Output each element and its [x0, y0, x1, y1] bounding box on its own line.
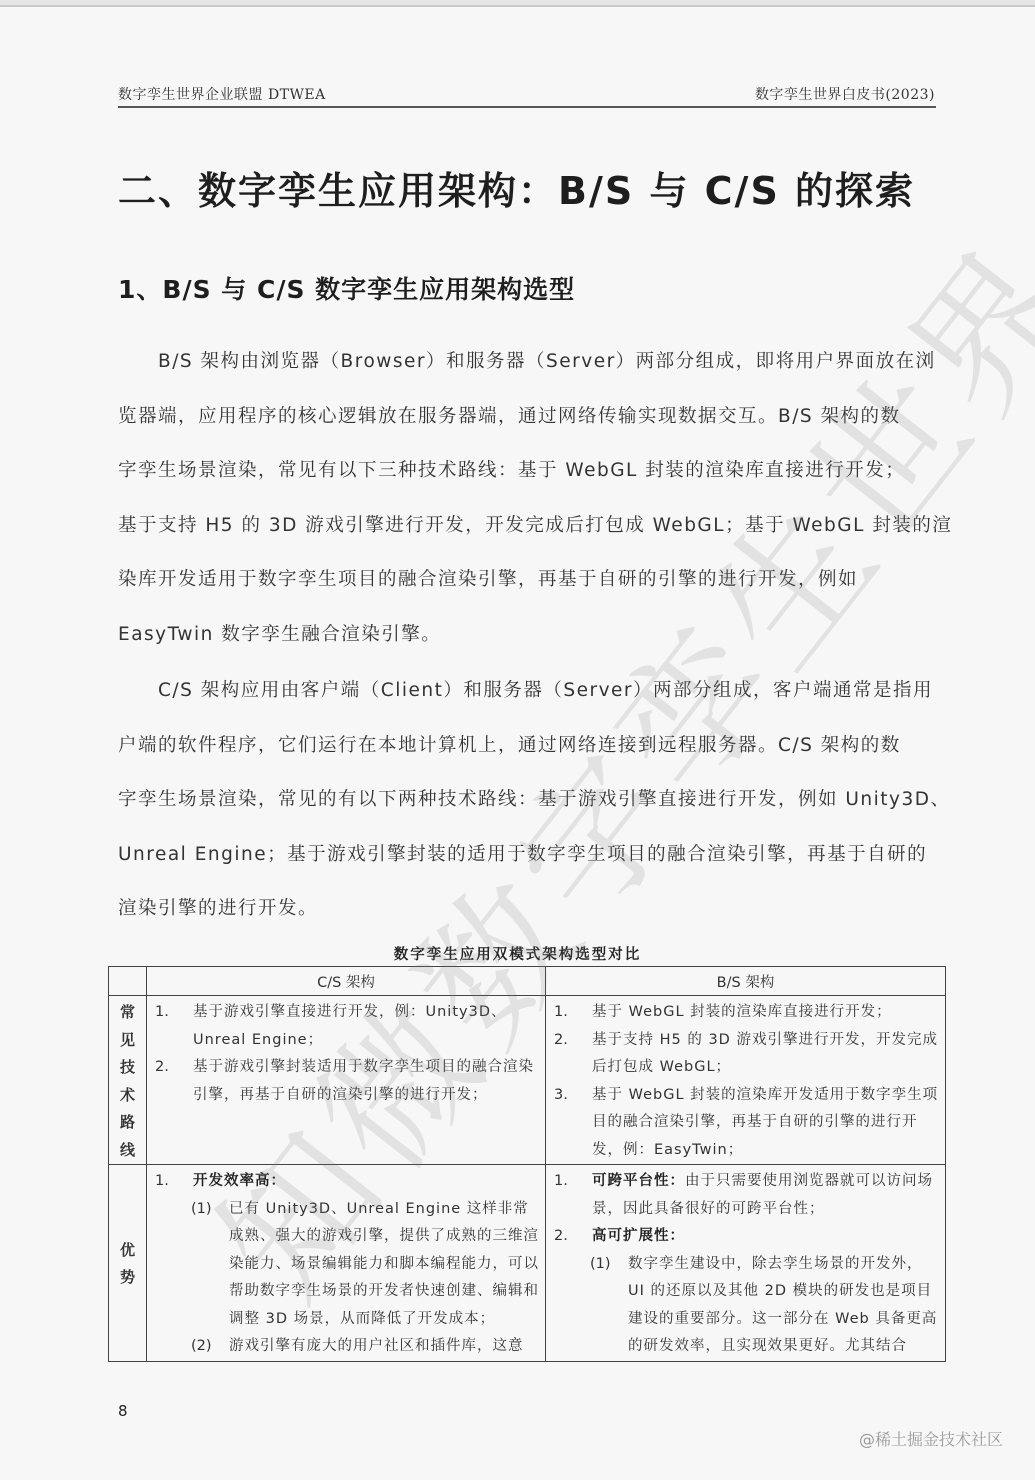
list-item: 1. 基于 WebGL 封装的渲染库直接进行开发； — [554, 999, 939, 1027]
item-number: 1. — [155, 1168, 193, 1196]
item-number: 1. — [554, 1168, 592, 1223]
item-text: 基于 WebGL 封装的渲染库直接进行开发； — [592, 999, 939, 1027]
text-line: 字孪生场景渲染，常见的有以下两种技术路线：基于游戏引擎直接进行开发，例如 Uni… — [118, 773, 938, 828]
row-label-text: 常见技术路线 — [120, 999, 136, 1164]
item-text: 基于支持 H5 的 3D 游戏引擎进行开发，开发完成后打包成 WebGL； — [592, 1027, 939, 1082]
sub-item: (2) 游戏引擎有庞大的用户社区和插件库，这意 — [155, 1333, 539, 1361]
sub-item-number: (1) — [191, 1196, 229, 1334]
header-rule — [118, 106, 936, 108]
source-credit: @稀土掘金技术社区 — [859, 1427, 1003, 1450]
item-title: 开发效率高： — [193, 1168, 539, 1196]
text-line: 览器端，应用程序的核心逻辑放在服务器端，通过网络传输实现数据交互。B/S 架构的… — [118, 390, 938, 445]
list-item: 1. 基于游戏引擎直接进行开发，例：Unity3D、Unreal Engine； — [155, 999, 539, 1054]
item-number: 1. — [554, 999, 592, 1027]
sub-item-text: 游戏引擎有庞大的用户社区和插件库，这意 — [229, 1333, 539, 1361]
list-item: 1. 开发效率高： — [155, 1168, 539, 1196]
row-label-routes: 常见技术路线 — [109, 996, 147, 1165]
sub-item: (1) 数字孪生建设中，除去孪生场景的开发外，UI 的还原以及其他 2D 模块的… — [554, 1251, 939, 1361]
cs-advantages-cell: 1. 开发效率高： (1) 已有 Unity3D、Unreal Engine 这… — [147, 1165, 546, 1362]
table-row-advantages: 优势 1. 开发效率高： (1) 已有 Unity3D、Unreal Engin… — [109, 1165, 946, 1362]
bs-advantages-cell: 1. 可跨平台性：由于只需要使用浏览器就可以访问场景，因此具备很好的可跨平台性；… — [546, 1165, 946, 1362]
item-number: 3. — [554, 1082, 592, 1165]
item-text: 基于游戏引擎封装适用于数字孪生项目的融合渲染引擎，再基于自研的渲染引擎的进行开发… — [193, 1054, 539, 1109]
text-line: 户端的软件程序，它们运行在本地计算机上，通过网络连接到远程服务器。C/S 架构的… — [118, 719, 938, 774]
running-header-left: 数字孪生世界企业联盟 DTWEA — [118, 84, 326, 104]
text-line: 字孪生场景渲染，常见有以下三种技术路线：基于 WebGL 封装的渲染库直接进行开… — [118, 444, 938, 499]
item-text: 基于游戏引擎直接进行开发，例：Unity3D、Unreal Engine； — [193, 999, 539, 1054]
column-header-cs: C/S 架构 — [147, 967, 546, 996]
comparison-table: C/S 架构 B/S 架构 常见技术路线 1. 基于游戏引擎直接进行开发，例：U… — [108, 966, 946, 1362]
cs-routes-cell: 1. 基于游戏引擎直接进行开发，例：Unity3D、Unreal Engine；… — [147, 996, 546, 1165]
chapter-title: 二、数字孪生应用架构：B/S 与 C/S 的探索 — [118, 160, 915, 215]
item-number: 1. — [155, 999, 193, 1054]
list-item: 3. 基于 WebGL 封装的渲染库开发适用于数字孪生项目的融合渲染引擎，再基于… — [554, 1082, 939, 1165]
text-line: B/S 架构由浏览器（Browser）和服务器（Server）两部分组成，即将用… — [118, 335, 938, 390]
column-header-bs: B/S 架构 — [546, 967, 946, 996]
sub-item: (1) 已有 Unity3D、Unreal Engine 这样非常成熟、强大的游… — [155, 1196, 539, 1334]
text-line: C/S 架构应用由客户端（Client）和服务器（Server）两部分组成，客户… — [118, 664, 938, 719]
list-item: 1. 可跨平台性：由于只需要使用浏览器就可以访问场景，因此具备很好的可跨平台性； — [554, 1168, 939, 1223]
item-text: 基于 WebGL 封装的渲染库开发适用于数字孪生项目的融合渲染引擎，再基于自研的… — [592, 1082, 939, 1165]
item-number: 2. — [554, 1223, 592, 1251]
table-row-routes: 常见技术路线 1. 基于游戏引擎直接进行开发，例：Unity3D、Unreal … — [109, 996, 946, 1165]
paragraph-cs: C/S 架构应用由客户端（Client）和服务器（Server）两部分组成，客户… — [118, 664, 938, 937]
column-header-blank — [109, 967, 147, 996]
section-heading: 1、B/S 与 C/S 数字孪生应用架构选型 — [118, 270, 575, 306]
item-number: 2. — [554, 1027, 592, 1082]
item-title: 高可扩展性： — [592, 1223, 939, 1251]
table-caption: 数字孪生应用双模式架构选型对比 — [0, 943, 1035, 964]
page-number: 8 — [118, 1402, 128, 1420]
sub-item-number: (1) — [590, 1251, 628, 1361]
item-number: 2. — [155, 1054, 193, 1109]
row-label-advantages: 优势 — [109, 1165, 147, 1362]
row-label-text: 优势 — [120, 1237, 136, 1292]
text-line: 染库开发适用于数字孪生项目的融合渲染引擎，再基于自研的引擎的进行开发，例如 — [118, 553, 938, 608]
text-line: 渲染引擎的进行开发。 — [118, 882, 938, 937]
list-item: 2. 基于游戏引擎封装适用于数字孪生项目的融合渲染引擎，再基于自研的渲染引擎的进… — [155, 1054, 539, 1109]
sub-item-text: 已有 Unity3D、Unreal Engine 这样非常成熟、强大的游戏引擎，… — [229, 1196, 539, 1334]
text-line: 基于支持 H5 的 3D 游戏引擎进行开发，开发完成后打包成 WebGL；基于 … — [118, 499, 938, 554]
viewer-top-bar — [0, 0, 1035, 7]
list-item: 2. 基于支持 H5 的 3D 游戏引擎进行开发，开发完成后打包成 WebGL； — [554, 1027, 939, 1082]
sub-item-number: (2) — [191, 1333, 229, 1361]
list-item: 2. 高可扩展性： — [554, 1223, 939, 1251]
sub-item-text: 数字孪生建设中，除去孪生场景的开发外，UI 的还原以及其他 2D 模块的研发也是… — [628, 1251, 939, 1361]
item-title: 可跨平台性： — [592, 1173, 685, 1189]
text-line: Unreal Engine；基于游戏引擎封装的适用于数字孪生项目的融合渲染引擎，… — [118, 828, 938, 883]
text-line: EasyTwin 数字孪生融合渲染引擎。 — [118, 608, 938, 663]
item-body: 可跨平台性：由于只需要使用浏览器就可以访问场景，因此具备很好的可跨平台性； — [592, 1168, 939, 1223]
table-header-row: C/S 架构 B/S 架构 — [109, 967, 946, 996]
running-header-right: 数字孪生世界白皮书(2023) — [755, 84, 935, 104]
paragraph-bs: B/S 架构由浏览器（Browser）和服务器（Server）两部分组成，即将用… — [118, 335, 938, 663]
bs-routes-cell: 1. 基于 WebGL 封装的渲染库直接进行开发； 2. 基于支持 H5 的 3… — [546, 996, 946, 1165]
